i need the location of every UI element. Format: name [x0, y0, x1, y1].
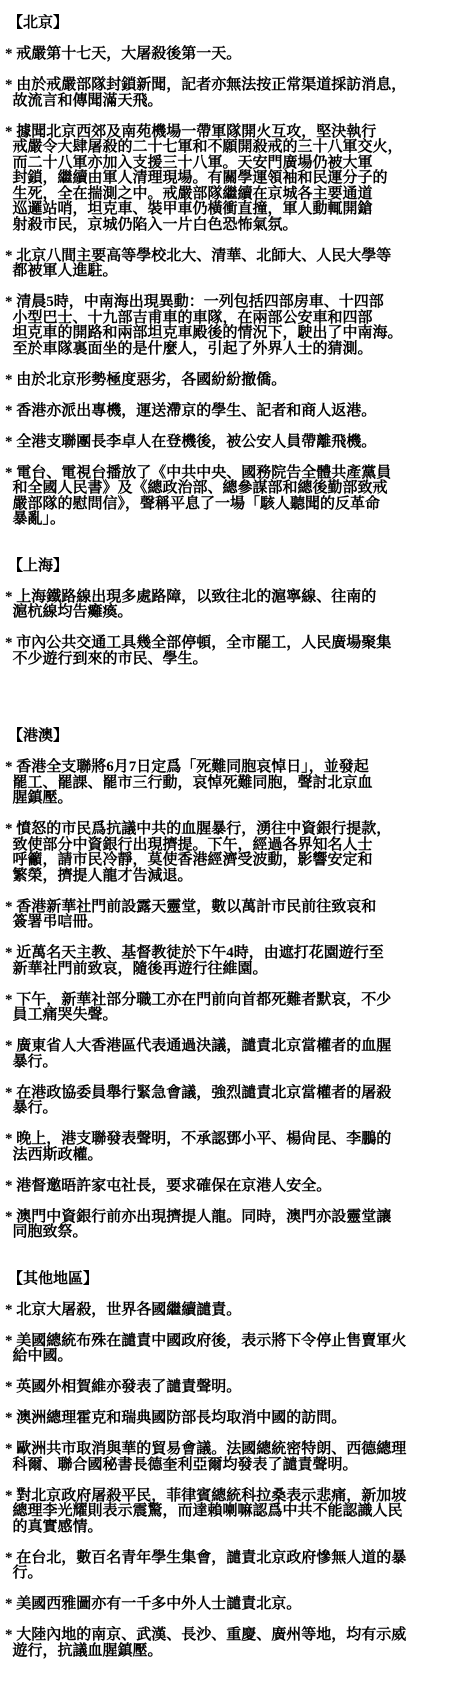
news-item: * 市內公共交通工具幾全部停頓，全市罷工，人民廣場聚集 不少遊行到來的市民、學生… [4, 636, 456, 667]
news-item: * 上海鐵路線出現多處路障，以致往北的滬寧線、往南的 滬杭線均告癱瘓。 [4, 590, 456, 621]
section-title-hongkong-macau: 【港澳】 [4, 729, 456, 745]
news-item: * 電台、電視台播放了《中共中央、國務院告全體共產黨員 和全國人民書》及《總政治… [4, 466, 456, 528]
news-item: * 香港亦派出專機，運送滯京的學生、記者和商人返港。 [4, 404, 456, 420]
news-item: * 清晨5時，中南海出現異動：一列包括四部房車、十四部 小型巴士、十九部吉甫車的… [4, 295, 456, 357]
section-hongkong-macau: 【港澳】 * 香港全支聯將6月7日定爲「死難同胞哀悼日」，並發起 罷工、罷課、罷… [4, 729, 456, 1241]
news-item: * 北京八間主要高等學校北大、清華、北師大、人民大學等 都被軍人進駐。 [4, 249, 456, 280]
news-item: * 在台北，數百名青年學生集會，譴責北京政府慘無人道的暴 行。 [4, 1551, 456, 1582]
news-item: * 由於北京形勢極度惡劣，各國紛紛撤僑。 [4, 373, 456, 389]
news-item: * 北京大屠殺，世界各國繼續譴責。 [4, 1303, 456, 1319]
news-item: * 英國外相賀維亦發表了譴責聲明。 [4, 1380, 456, 1396]
news-item: * 晚上，港支聯發表聲明，不承認鄧小平、楊尙昆、李鵬的 法西斯政權。 [4, 1132, 456, 1163]
news-item: * 歐洲共市取消與華的貿易會議。法國總統密特朗、西德總理 科爾、聯合國秘書長德奎… [4, 1442, 456, 1473]
news-item: * 憤怒的市民爲抗議中共的血腥暴行，湧往中資銀行提款， 致使部分中資銀行出現擠提… [4, 822, 456, 884]
news-item: * 據聞北京西郊及南苑機場一帶軍隊開火互攻，堅決執行 戒嚴令大肆屠殺的二十七軍和… [4, 125, 456, 234]
news-item: * 全港支聯團長李卓人在登機後，被公安人員帶離飛機。 [4, 435, 456, 451]
news-item: * 澳洲總理霍克和瑞典國防部長均取消中國的訪問。 [4, 1411, 456, 1427]
news-item: * 近萬名天主教、基督教徒於下午4時，由遮打花園遊行至 新華社門前致哀，隨後再遊… [4, 946, 456, 977]
news-item: * 由於戒嚴部隊封鎖新聞，記者亦無法按正常渠道採訪消息， 故流言和傳聞滿天飛。 [4, 78, 456, 109]
newsletter-document: 【北京】 * 戒嚴第十七天，大屠殺後第一天。 * 由於戒嚴部隊封鎖新聞，記者亦無… [0, 0, 458, 1683]
news-item: * 香港新華社門前設露天靈堂，數以萬計市民前往致哀和 簽署弔唁冊。 [4, 900, 456, 931]
section-beijing: 【北京】 * 戒嚴第十七天，大屠殺後第一天。 * 由於戒嚴部隊封鎖新聞，記者亦無… [4, 16, 456, 528]
news-item: * 下午，新華社部分職工亦在門前向首都死難者默哀，不少 員工痛哭失聲。 [4, 993, 456, 1024]
news-item: * 香港全支聯將6月7日定爲「死難同胞哀悼日」，並發起 罷工、罷課、罷市三行動，… [4, 760, 456, 807]
section-other-regions: 【其他地區】 * 北京大屠殺，世界各國繼續譴責。 * 美國總統布殊在譴責中國政府… [4, 1272, 456, 1660]
news-item: * 對北京政府屠殺平民，菲律賓總統科拉桑表示悲痛，新加坡 總理李光耀則表示震驚，… [4, 1489, 456, 1536]
section-title-shanghai: 【上海】 [4, 559, 456, 575]
news-item: * 廣東省人大香港區代表通過決議，譴責北京當權者的血腥 暴行。 [4, 1039, 456, 1070]
news-item: * 戒嚴第十七天，大屠殺後第一天。 [4, 47, 456, 63]
news-item: * 港督邀晤許家屯社長，要求確保在京港人安全。 [4, 1179, 456, 1195]
news-item: * 美國西雅圖亦有一千多中外人士譴責北京。 [4, 1597, 456, 1613]
news-item: * 美國總統布殊在譴責中國政府後，表示將下令停止售賣軍火 給中國。 [4, 1334, 456, 1365]
section-title-other-regions: 【其他地區】 [4, 1272, 456, 1288]
section-title-beijing: 【北京】 [4, 16, 456, 32]
section-shanghai: 【上海】 * 上海鐵路線出現多處路障，以致往北的滬寧線、往南的 滬杭線均告癱瘓。… [4, 559, 456, 668]
news-item: * 大陸內地的南京、武漢、長沙、重慶、廣州等地，均有示威 遊行，抗議血腥鎮壓。 [4, 1628, 456, 1659]
news-item: * 在港政協委員舉行緊急會議，強烈譴責北京當權者的屠殺 暴行。 [4, 1086, 456, 1117]
news-item: * 澳門中資銀行前亦出現擠提人龍。同時，澳門亦設靈堂讓 同胞致祭。 [4, 1210, 456, 1241]
